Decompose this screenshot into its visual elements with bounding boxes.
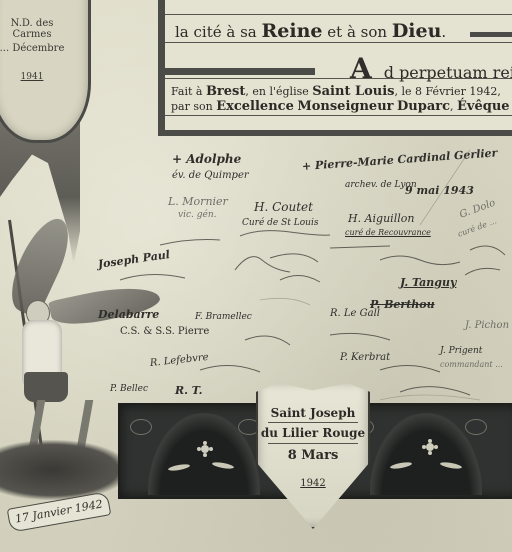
flower-motif [426, 443, 434, 451]
shield-saint-joseph: Saint Joseph [258, 406, 368, 420]
flower-motif [201, 445, 209, 453]
shield-lilier-rouge: du Lilier Rouge [258, 426, 368, 440]
trefoil-motif [130, 419, 152, 435]
trefoil-motif [465, 419, 487, 435]
shield-date: 8 Mars [258, 448, 368, 463]
